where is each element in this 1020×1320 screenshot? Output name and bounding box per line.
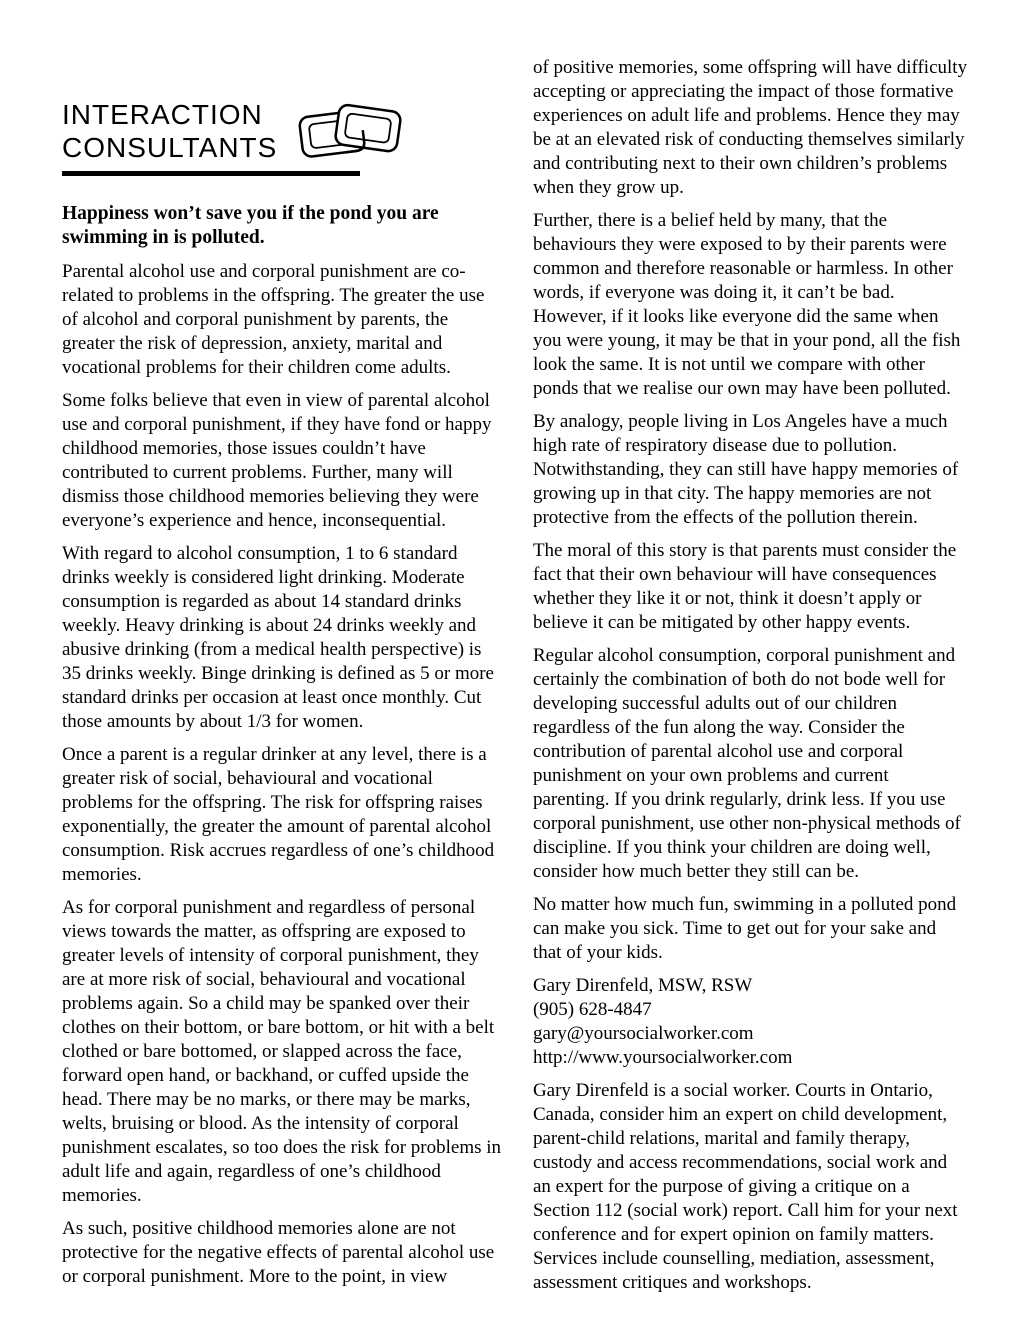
logo-line-2: CONSULTANTS bbox=[62, 131, 277, 164]
right-column: of positive memories, some offspring wil… bbox=[533, 0, 968, 1320]
paragraph: No matter how much fun, swimming in a po… bbox=[533, 893, 968, 965]
paragraph: Once a parent is a regular drinker at an… bbox=[62, 743, 505, 887]
document-page: INTERACTION CONSULTANTS bbox=[0, 0, 1020, 1320]
chain-links-icon bbox=[293, 100, 405, 162]
paragraph: Some folks believe that even in view of … bbox=[62, 389, 505, 533]
paragraph: Parental alcohol use and corporal punish… bbox=[62, 260, 505, 380]
paragraph: As for corporal punishment and regardles… bbox=[62, 896, 505, 1208]
logo: INTERACTION CONSULTANTS bbox=[62, 98, 505, 164]
paragraph: By analogy, people living in Los Angeles… bbox=[533, 410, 968, 530]
bio-paragraph: Gary Direnfeld is a social worker. Court… bbox=[533, 1079, 968, 1295]
contact-phone: (905) 628-4847 bbox=[533, 998, 968, 1022]
contact-block: Gary Direnfeld, MSW, RSW (905) 628-4847 … bbox=[533, 974, 968, 1070]
left-column: INTERACTION CONSULTANTS bbox=[62, 0, 505, 1320]
paragraph: Further, there is a belief held by many,… bbox=[533, 209, 968, 401]
paragraph: of positive memories, some offspring wil… bbox=[533, 56, 968, 200]
logo-text: INTERACTION CONSULTANTS bbox=[62, 98, 277, 164]
logo-line-1: INTERACTION bbox=[62, 98, 277, 131]
paragraph: Regular alcohol consumption, corporal pu… bbox=[533, 644, 968, 884]
article-heading: Happiness won’t save you if the pond you… bbox=[62, 202, 505, 250]
contact-email: gary@yoursocialworker.com bbox=[533, 1022, 968, 1046]
contact-website: http://www.yoursocialworker.com bbox=[533, 1046, 968, 1070]
paragraph: With regard to alcohol consumption, 1 to… bbox=[62, 542, 505, 734]
logo-divider-rule bbox=[62, 171, 360, 176]
paragraph: The moral of this story is that parents … bbox=[533, 539, 968, 635]
paragraph: As such, positive childhood memories alo… bbox=[62, 1217, 505, 1289]
contact-name: Gary Direnfeld, MSW, RSW bbox=[533, 974, 968, 998]
